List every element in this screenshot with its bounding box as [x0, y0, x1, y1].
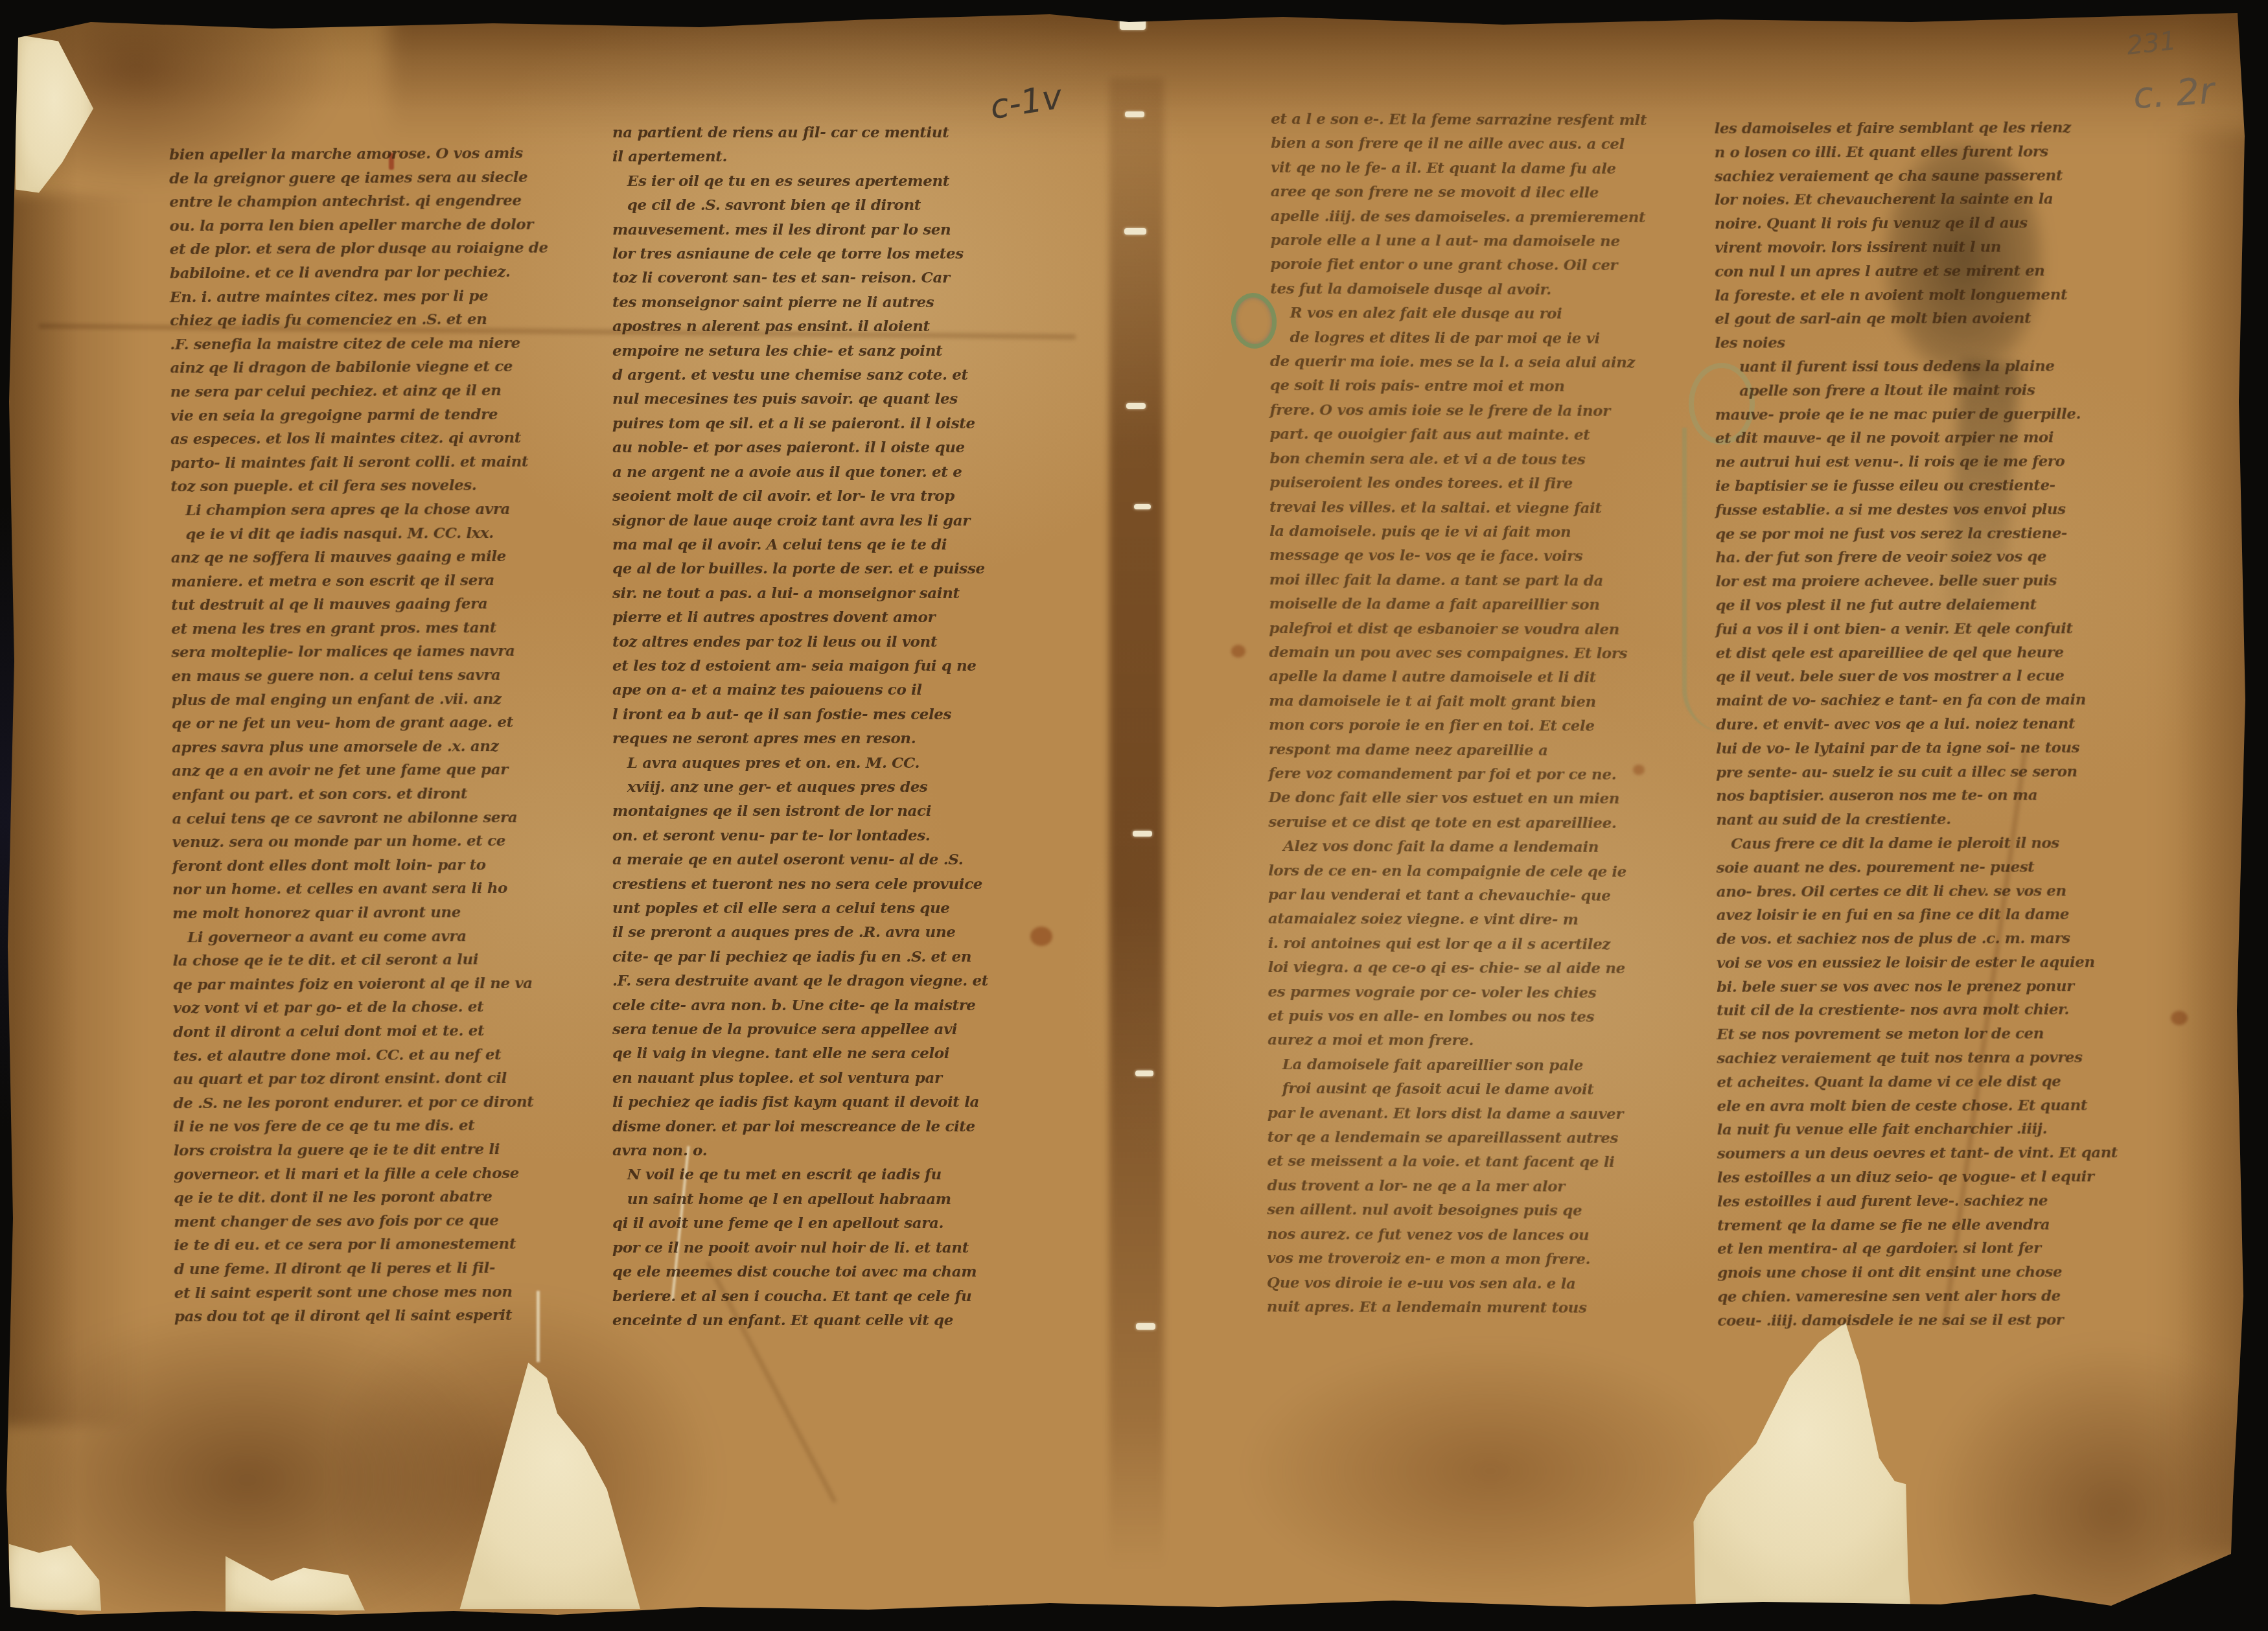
text-line: il apertement.	[612, 145, 995, 168]
text-line: et li saint esperit sont une chose mes n…	[174, 1280, 537, 1305]
text-line: apelle .iiij. de ses damoiseles. a premi…	[1271, 204, 1650, 229]
text-line: beriere. et al sen i coucha. Et tant qe …	[612, 1284, 995, 1308]
text-line: tuit cil de la crestiente- nos avra molt…	[1717, 999, 2083, 1023]
text-column-3: et a l e son e-. Et la feme sarrazine re…	[1267, 107, 1650, 1320]
text-line: vit qe no le fe- a il. Et quant la dame …	[1271, 156, 1650, 181]
text-line: sera molteplie- lor malices qe iames nav…	[171, 640, 534, 665]
text-line: puires tom qe sil. et a li se paieront. …	[612, 411, 995, 435]
text-line: signor de laue auqe croiz tant avra les …	[612, 509, 995, 533]
text-line: qe or ne fet un veu- hom de grant aage. …	[172, 711, 535, 736]
text-line: l iront ea b aut- qe il san fostie- mes …	[612, 702, 995, 726]
text-line: con nul l un apres l autre et se mirent …	[1715, 259, 2081, 284]
text-line: avra non. o.	[612, 1139, 995, 1163]
text-line: fui a vos il i ont bien- a venir. Et qel…	[1716, 617, 2082, 642]
text-line: et mena les tres en grant pros. mes tant	[171, 616, 534, 642]
text-line: de .S. ne les poront endurer. et por ce …	[173, 1091, 536, 1116]
parchment-sheet: c-1v 231 c. 2r bien apeller la marche am…	[0, 0, 2268, 1631]
text-line: part. qe ouoigier fait aus aut mainte. e…	[1269, 422, 1649, 447]
text-line: qe soit li rois pais- entre moi et mon	[1270, 373, 1649, 399]
photo-backdrop: c-1v 231 c. 2r bien apeller la marche am…	[0, 0, 2268, 1631]
text-line: R vos en alez fait ele dusqe au roi	[1270, 301, 1649, 326]
text-line: ma mal qe il avoir. A celui tens qe ie t…	[612, 533, 995, 557]
text-line: qe par maintes foiz en voieront al qe il…	[173, 972, 536, 997]
text-line: les estoilles a un diuz seio- qe vogue- …	[1717, 1165, 2083, 1190]
text-line: dus trovent a lor- ne qe a la mer alor	[1267, 1174, 1646, 1199]
text-line: na partient de riens au fil- car ce ment…	[612, 121, 995, 145]
text-line: par le avenant. Et lors dist la dame a s…	[1267, 1101, 1647, 1126]
shelf-number: 231	[2125, 26, 2178, 61]
text-line: avez loisir ie en fui en sa fine ce dit …	[1717, 903, 2083, 928]
text-line: tor qe a lendemain se apareillassent aut…	[1267, 1125, 1647, 1150]
text-line: ne autrui hui est venu-. li rois qe ie m…	[1715, 450, 2081, 474]
text-line: crestiens et tueront nes no sera cele pr…	[612, 872, 995, 896]
text-line: coeu- .iiij. damoisdele ie ne sai se il …	[1717, 1308, 2083, 1333]
stitch-mark	[1124, 228, 1146, 235]
text-line: gnois une chose ii ont dit ensint une ch…	[1717, 1261, 2083, 1286]
text-line: frere. O vos amis ioie se le frere de la…	[1270, 398, 1649, 423]
damage-patch-bottom-left-1	[9, 1540, 103, 1612]
text-line: parole elle a l une a l aut- ma damoisel…	[1270, 228, 1649, 253]
stain-bottom-right	[1879, 1328, 2268, 1631]
text-line: qe il vos plest il ne fut autre delaieme…	[1715, 593, 2081, 618]
text-line: lors de ce en- en la compaignie de cele …	[1268, 859, 1647, 884]
text-line: ape on a- et a mainz tes paiouens co il	[612, 678, 995, 702]
text-line: nuit apres. Et a lendemain murent tous	[1267, 1295, 1646, 1320]
text-line: il se preront a auques pres de .R. avra …	[612, 920, 995, 944]
text-line: noire. Quant li rois fu venuz qe il d au…	[1715, 211, 2081, 236]
text-line: Li governeor a avant eu come avra	[172, 924, 535, 949]
text-line: et puis vos en alle- en lombes ou nos te…	[1267, 1004, 1647, 1029]
text-line: qe il veut. bele suer de vos mostrer a l…	[1716, 665, 2082, 689]
text-line: lui de vo- le lytaini par de ta igne soi…	[1716, 736, 2082, 761]
text-line: sachiez veraiement qe tuit nos tenra a p…	[1717, 1046, 2083, 1070]
text-line: moiselle de la dame a fait apareillier s…	[1269, 592, 1649, 617]
text-line: babiloine. et ce li avendra par lor pech…	[170, 260, 533, 286]
text-line: tes fut la damoisele dusqe al avoir.	[1270, 277, 1649, 302]
text-line: maint de vo- sachiez e tant- en fa con d…	[1716, 688, 2082, 713]
text-line: xviij. anz une ger- et auques pres des	[612, 775, 995, 799]
stitch-mark	[1134, 504, 1151, 509]
text-line: puiseroient les ondes torees. et il fire	[1269, 470, 1649, 496]
text-line: qi il avoit une feme qe l en apellout sa…	[612, 1211, 995, 1235]
text-line: toz altres endes par toz li leus ou il v…	[612, 630, 995, 654]
text-line: message qe vos le- vos qe ie face. voirs	[1269, 543, 1649, 568]
text-line: De donc fait elle sier vos estuet en un …	[1268, 785, 1647, 811]
stitch-mark	[1126, 403, 1146, 409]
text-line: unt poples et cil elle sera a celui tens…	[612, 896, 995, 920]
text-line: feront dont elles dont molt loin- par to	[172, 853, 535, 879]
text-line: apres savra plus une amorsele de .x. anz	[172, 735, 535, 760]
text-line: sachiez veraiement qe cha saune passeren…	[1715, 164, 2081, 189]
text-line: L avra auques pres et on. en. M. CC.	[612, 751, 995, 775]
text-line: les estoilles i aud furent leve-. sachie…	[1717, 1189, 2083, 1214]
text-line: et acheites. Quant la dame vi ce ele dis…	[1717, 1070, 2083, 1094]
text-line: cite- qe par li pechiez qe iadis fu en .…	[612, 945, 995, 969]
text-line: ie baptisier se ie fusse eileu ou cresti…	[1715, 474, 2081, 498]
text-line: maniere. et metra e son escrit qe il ser…	[171, 568, 534, 594]
text-line: la damoisele. puis qe ie vi ai fait mon	[1269, 519, 1649, 544]
text-column-1: bien apeller la marche amorose. O vos am…	[169, 142, 537, 1329]
text-line: sera tenue de la provuice sera appellee …	[612, 1017, 995, 1041]
text-line: lor tres asniaune de cele qe torre los m…	[612, 242, 995, 266]
damage-patch-bottom-left-2	[226, 1554, 365, 1612]
text-line: montaignes qe il sen istront de lor naci	[612, 799, 995, 823]
text-line: on. et seront venu- par te- lor lontades…	[612, 824, 995, 848]
text-line: Que vos diroie ie e-uu vos sen ala. e la	[1267, 1270, 1646, 1295]
text-line: i. roi antoines qui est lor qe a il s ac…	[1268, 931, 1647, 956]
text-line: fere voz comandement par foi et por ce n…	[1269, 761, 1648, 787]
stain-bottom-left-tongue	[26, 1309, 518, 1620]
text-line: enfant ou part. et son cors. et diront	[172, 782, 535, 807]
text-line: palefroi et dist qe esbanoier se voudra …	[1269, 616, 1648, 642]
text-line: et len mentira- al qe gardoier. si lont …	[1717, 1237, 2083, 1262]
text-line: un saint home qe l en apellout habraam	[612, 1187, 995, 1211]
text-line: de la greignor guere qe iames sera au si…	[169, 165, 532, 191]
text-line: seoient molt de cil avoir. et lor- le vr…	[612, 484, 995, 508]
text-line: plus de mal enging un enfant de .vii. an…	[172, 687, 535, 712]
text-column-2: na partient de riens au fil- car ce ment…	[612, 121, 995, 1332]
text-line: et les toz d estoient am- seia maigon fu…	[612, 654, 995, 678]
text-line: En. i. autre maintes citez. mes por li p…	[170, 284, 533, 309]
text-line: de vos. et sachiez nos de plus de .c. m.…	[1717, 927, 2083, 951]
text-line: qe cil de .S. savront bien qe il diront	[612, 193, 995, 217]
text-line: toz li coveront san- tes et san- reison.…	[612, 266, 995, 290]
text-line: aurez a moi et mon frere.	[1267, 1028, 1647, 1053]
stitch-mark	[1133, 831, 1152, 837]
text-line: tes monseignor saint pierre ne li autres	[612, 290, 995, 314]
text-line: il ie ne vos fere de ce qe tu me dis. et	[174, 1114, 537, 1139]
text-line: me molt honorez quar il avront une	[172, 901, 535, 926]
text-line: Et se nos povrement se meton lor de cen	[1717, 1023, 2083, 1047]
stain-freckle	[2171, 1011, 2188, 1025]
text-line: ou. la porra len bien apeller marche de …	[169, 213, 532, 238]
text-line: parto- li maintes fait li seront colli. …	[170, 450, 533, 476]
text-line: bon chemin sera ale. et vi a de tous tes	[1269, 446, 1649, 472]
text-line: empoire ne setura les chie- et sanz poin…	[612, 339, 995, 363]
text-line: a meraie qe en autel oseront venu- al de…	[612, 848, 995, 872]
text-line: d une feme. Il diront qe li peres et li …	[174, 1256, 537, 1282]
text-line: ne sera par celui pechiez. et ainz qe il…	[170, 379, 533, 404]
text-line: el gout de sarl-ain qe molt bien avoient	[1715, 307, 2081, 332]
text-line: Li champion sera apres qe la chose avra	[170, 498, 533, 523]
text-line: mon cors poroie ie en fier en toi. Et ce…	[1269, 713, 1648, 738]
text-line: ano- bres. Oil certes ce dit li chev. se…	[1717, 879, 2083, 904]
text-line: de logres et dites li de par moi qe ie v…	[1270, 325, 1649, 351]
text-line: respont ma dame neez apareillie a	[1269, 737, 1648, 763]
text-line: .F. senefia la maistre citez de cele ma …	[170, 332, 533, 357]
text-line: pierre et li autres apostres dovent amor	[612, 605, 995, 629]
text-line: en maus se guere non. a celui tens savra	[172, 664, 535, 689]
folio-mark-center: c-1v	[988, 78, 1065, 128]
text-line: aree qe son frere ne se movoit d ilec el…	[1271, 179, 1650, 205]
text-line: qe se por moi ne fust vos serez la crest…	[1715, 522, 2081, 546]
text-line: li pechiez qe iadis fist kaym quant il d…	[612, 1090, 995, 1114]
text-line: la chose qe ie te dit. et cil seront a l…	[172, 948, 535, 973]
text-line: N voil ie qe tu met en escrit qe iadis f…	[612, 1163, 995, 1186]
text-line: tes. et alautre done moi. CC. et au nef …	[173, 1043, 536, 1068]
text-line: a ne argent ne a avoie aus il que toner.…	[612, 460, 995, 484]
text-line: et de plor. et sera de plor dusqe au roi…	[170, 237, 533, 262]
text-line: atamaialez soiez viegne. e vint dire- m	[1268, 907, 1647, 932]
text-line: froi ausint qe fasoit acui le dame avoit	[1267, 1076, 1647, 1102]
text-line: qe ie vi dit qe iadis nasqui. M. CC. lxx…	[171, 521, 534, 546]
text-line: ainz qe li dragon de babilonie viegne et…	[170, 355, 533, 380]
text-line: qe ie te dit. dont il ne les poront abat…	[174, 1185, 537, 1210]
text-line: ma damoisele ie t ai fait molt grant bie…	[1269, 689, 1648, 714]
stitch-mark	[1136, 1323, 1155, 1330]
text-line: qe li vaig in viegne. tant elle ne sera …	[612, 1041, 995, 1065]
text-line: apelle la dame l autre damoisele et li d…	[1269, 664, 1648, 689]
text-line: et dist qele est apareilliee de qel que …	[1716, 641, 2082, 665]
text-line: en nauant plus toplee. et sol ventura pa…	[612, 1066, 995, 1090]
text-line: dont il diront a celui dont moi et te. e…	[173, 1019, 536, 1045]
stain-freckle	[1030, 927, 1052, 946]
text-line: la nuit fu venue elle fait encharchier .…	[1717, 1118, 2083, 1142]
text-column-4: les damoiseles et faire semblant qe les …	[1715, 116, 2084, 1333]
text-line: lor noies. Et chevaucherent la sainte en…	[1715, 188, 2081, 213]
text-line: pas dou tot qe il diront qel li saint es…	[174, 1304, 537, 1329]
text-line: mauve- proie qe ie ne mac puier de guerp…	[1715, 402, 2081, 427]
text-line: ele en avra molt bien de ceste chose. Et…	[1717, 1094, 2083, 1118]
text-line: nor un home. et celles en avant sera li …	[172, 877, 535, 902]
text-line: entre le champion antechrist. qi engendr…	[169, 189, 532, 214]
text-line: de querir ma ioie. mes se la l. a seia a…	[1270, 349, 1649, 375]
text-line: ha. der fut son frere de veoir soiez vos…	[1715, 546, 2081, 570]
text-line: nos baptisier. auseron nos me te- on ma	[1716, 784, 2082, 809]
text-line: lors croistra la guere qe ie te dit entr…	[174, 1138, 537, 1163]
text-line: qe al de lor builles. la porte de ser. e…	[612, 557, 995, 581]
text-line: voz vont vi et par go- et de la chose. e…	[173, 995, 536, 1021]
text-line: bi. bele suer se vos avec nos le prenez …	[1717, 975, 2083, 999]
text-line: demain un pou avec ses compaignes. Et lo…	[1269, 640, 1648, 665]
stain-col3-lower	[1231, 1335, 1750, 1607]
text-line: disme doner. et par loi mescreance de le…	[612, 1115, 995, 1139]
folio-mark-right: c. 2r	[2132, 70, 2216, 118]
text-line: les damoiseles et faire semblant qe les …	[1715, 116, 2081, 141]
text-line: lor est ma proiere achevee. belle suer p…	[1715, 569, 2081, 594]
text-line: trement qe la dame se fie ne elle avendr…	[1717, 1213, 2083, 1238]
text-line: qe ele meemes dist couche toi avec ma ch…	[612, 1260, 995, 1284]
text-line: dure. et envit- avec vos qe a lui. noiez…	[1716, 712, 2082, 737]
text-line: Es ier oil qe tu en es seures apertement	[612, 169, 995, 193]
text-line: nul mecesines tes puis savoir. qe quant …	[612, 387, 995, 411]
text-line: fusse establie. a si me destes vos envoi…	[1715, 498, 2081, 522]
text-line: pre sente- au- suelz ie su cuit a illec …	[1716, 760, 2082, 785]
text-line: sen aillent. nul avoit besoignes puis qe	[1267, 1197, 1646, 1223]
text-line: Caus frere ce dit la dame ie pleroit il …	[1716, 831, 2082, 856]
center-fold	[1109, 78, 1164, 1568]
stitch-mark	[1135, 1070, 1153, 1076]
text-line: reques ne seront apres mes en reson.	[612, 726, 995, 750]
text-line: virent movoir. lors issirent nuit l un	[1715, 235, 2081, 260]
damage-patch-bottom-right	[1691, 1319, 1915, 1608]
text-line: par lau venderai et tant a chevauchie- q…	[1268, 883, 1647, 908]
text-line: voi se vos en eussiez le loisir de ester…	[1717, 951, 2083, 975]
text-line: Alez vos donc fait la dame a lendemain	[1268, 834, 1647, 859]
text-line: vie en seia la gregoigne parmi de tendre	[170, 402, 533, 428]
damage-patch-top-left	[16, 31, 93, 200]
text-line: soumers a un deus oevres et tant- de vin…	[1717, 1142, 2083, 1166]
stain-freckle	[1231, 645, 1245, 658]
stain-left-margin	[0, 194, 143, 1426]
text-line: La damoisele fait apareillier son pale	[1267, 1052, 1647, 1078]
text-line: loi viegra. a qe ce-o qi es- chie- se al…	[1268, 955, 1647, 980]
text-line: uant il furent issi tous dedens la plain…	[1715, 354, 2081, 379]
text-line: as especes. et los li maintes citez. qi …	[170, 426, 533, 452]
text-line: sir. ne tout a pas. a lui- a monseignor …	[612, 581, 995, 605]
stitch-mark	[1125, 111, 1144, 117]
text-line: toz son pueple. et cil fera ses noveles.	[170, 474, 533, 499]
text-line: poroie fiet entor o une grant chose. Oil…	[1270, 252, 1649, 277]
text-line: bien a son frere qe il ne aille avec aus…	[1271, 131, 1650, 156]
text-line: trevai les villes. et la saltai. et vieg…	[1269, 494, 1649, 520]
text-line: apelle son frere a ltout ile maint rois	[1715, 378, 2081, 403]
text-line: n o losen co illi. Et quant elles furent…	[1715, 140, 2081, 165]
text-line: mauvesement. mes il les diront par lo se…	[612, 218, 995, 242]
text-line: la foreste. et ele n avoient molt longue…	[1715, 283, 2081, 308]
text-line: tut destruit al qe li mauves gaaing fera	[171, 592, 534, 618]
text-line: au noble- et por ases paieront. il l ois…	[612, 435, 995, 459]
text-line: et a l e son e-. Et la feme sarrazine re…	[1271, 107, 1650, 132]
text-line: et se meissent a la voie. et tant facent…	[1267, 1149, 1647, 1174]
text-line: ie te di eu. et ce sera por li amonestem…	[174, 1232, 537, 1258]
text-line: por ce il ne pooit avoir nul hoir de li.…	[612, 1236, 995, 1260]
text-line: enceinte d un enfant. Et quant celle vit…	[612, 1308, 995, 1332]
stain-right-edge	[2158, 130, 2268, 1555]
text-line: les noies	[1715, 330, 2081, 355]
stitch-mark	[1120, 13, 1146, 30]
text-line: chiez qe iadis fu comenciez en .S. et en	[170, 308, 533, 333]
text-line: et dit mauve- qe il ne povoit arpier ne …	[1715, 426, 2081, 451]
text-line: venuz. sera ou monde par un home. et ce	[172, 829, 535, 855]
text-line: governeor. et li mari et la fille a cele…	[174, 1161, 537, 1186]
text-line: au quart et par toz diront ensint. dont …	[173, 1067, 536, 1092]
text-line: bien apeller la marche amorose. O vos am…	[169, 142, 532, 167]
text-line: anz qe ne soffera li mauves gaaing e mil…	[171, 545, 534, 570]
text-line: seruise et ce dist qe tote en est aparei…	[1268, 810, 1647, 835]
text-line: vos me troveroiz en- e mon a mon frere.	[1267, 1246, 1646, 1271]
text-line: cele cite- avra non. b. Une cite- qe la …	[612, 993, 995, 1017]
text-line: apostres n alerent pas ensint. il aloien…	[612, 314, 995, 338]
text-line: soie auant ne des. pourement ne- puest	[1717, 855, 2083, 880]
text-line: d argent. et vestu une chemise sanz cote…	[612, 363, 995, 387]
text-line: nos aurez. ce fut venez vos de lances ou	[1267, 1222, 1646, 1247]
damage-patch-bottom-triangle	[454, 1358, 661, 1612]
text-line: nant au suid de la crestiente.	[1716, 807, 2082, 832]
text-line: ment changer de ses avo fois por ce que	[174, 1209, 537, 1234]
text-line: anz qe a en avoir ne fet une fame que pa…	[172, 758, 535, 783]
text-line: .F. sera destruite avant qe le dragon vi…	[612, 969, 995, 993]
text-line: es parmes vograie por ce- voler les chie…	[1267, 980, 1647, 1005]
text-line: qe chien. vameresine sen vent aler hors …	[1717, 1284, 2083, 1309]
text-line: a celui tens qe ce savront ne abilonne s…	[172, 805, 535, 831]
text-line: moi illec fait la dame. a tant se part l…	[1269, 568, 1649, 593]
